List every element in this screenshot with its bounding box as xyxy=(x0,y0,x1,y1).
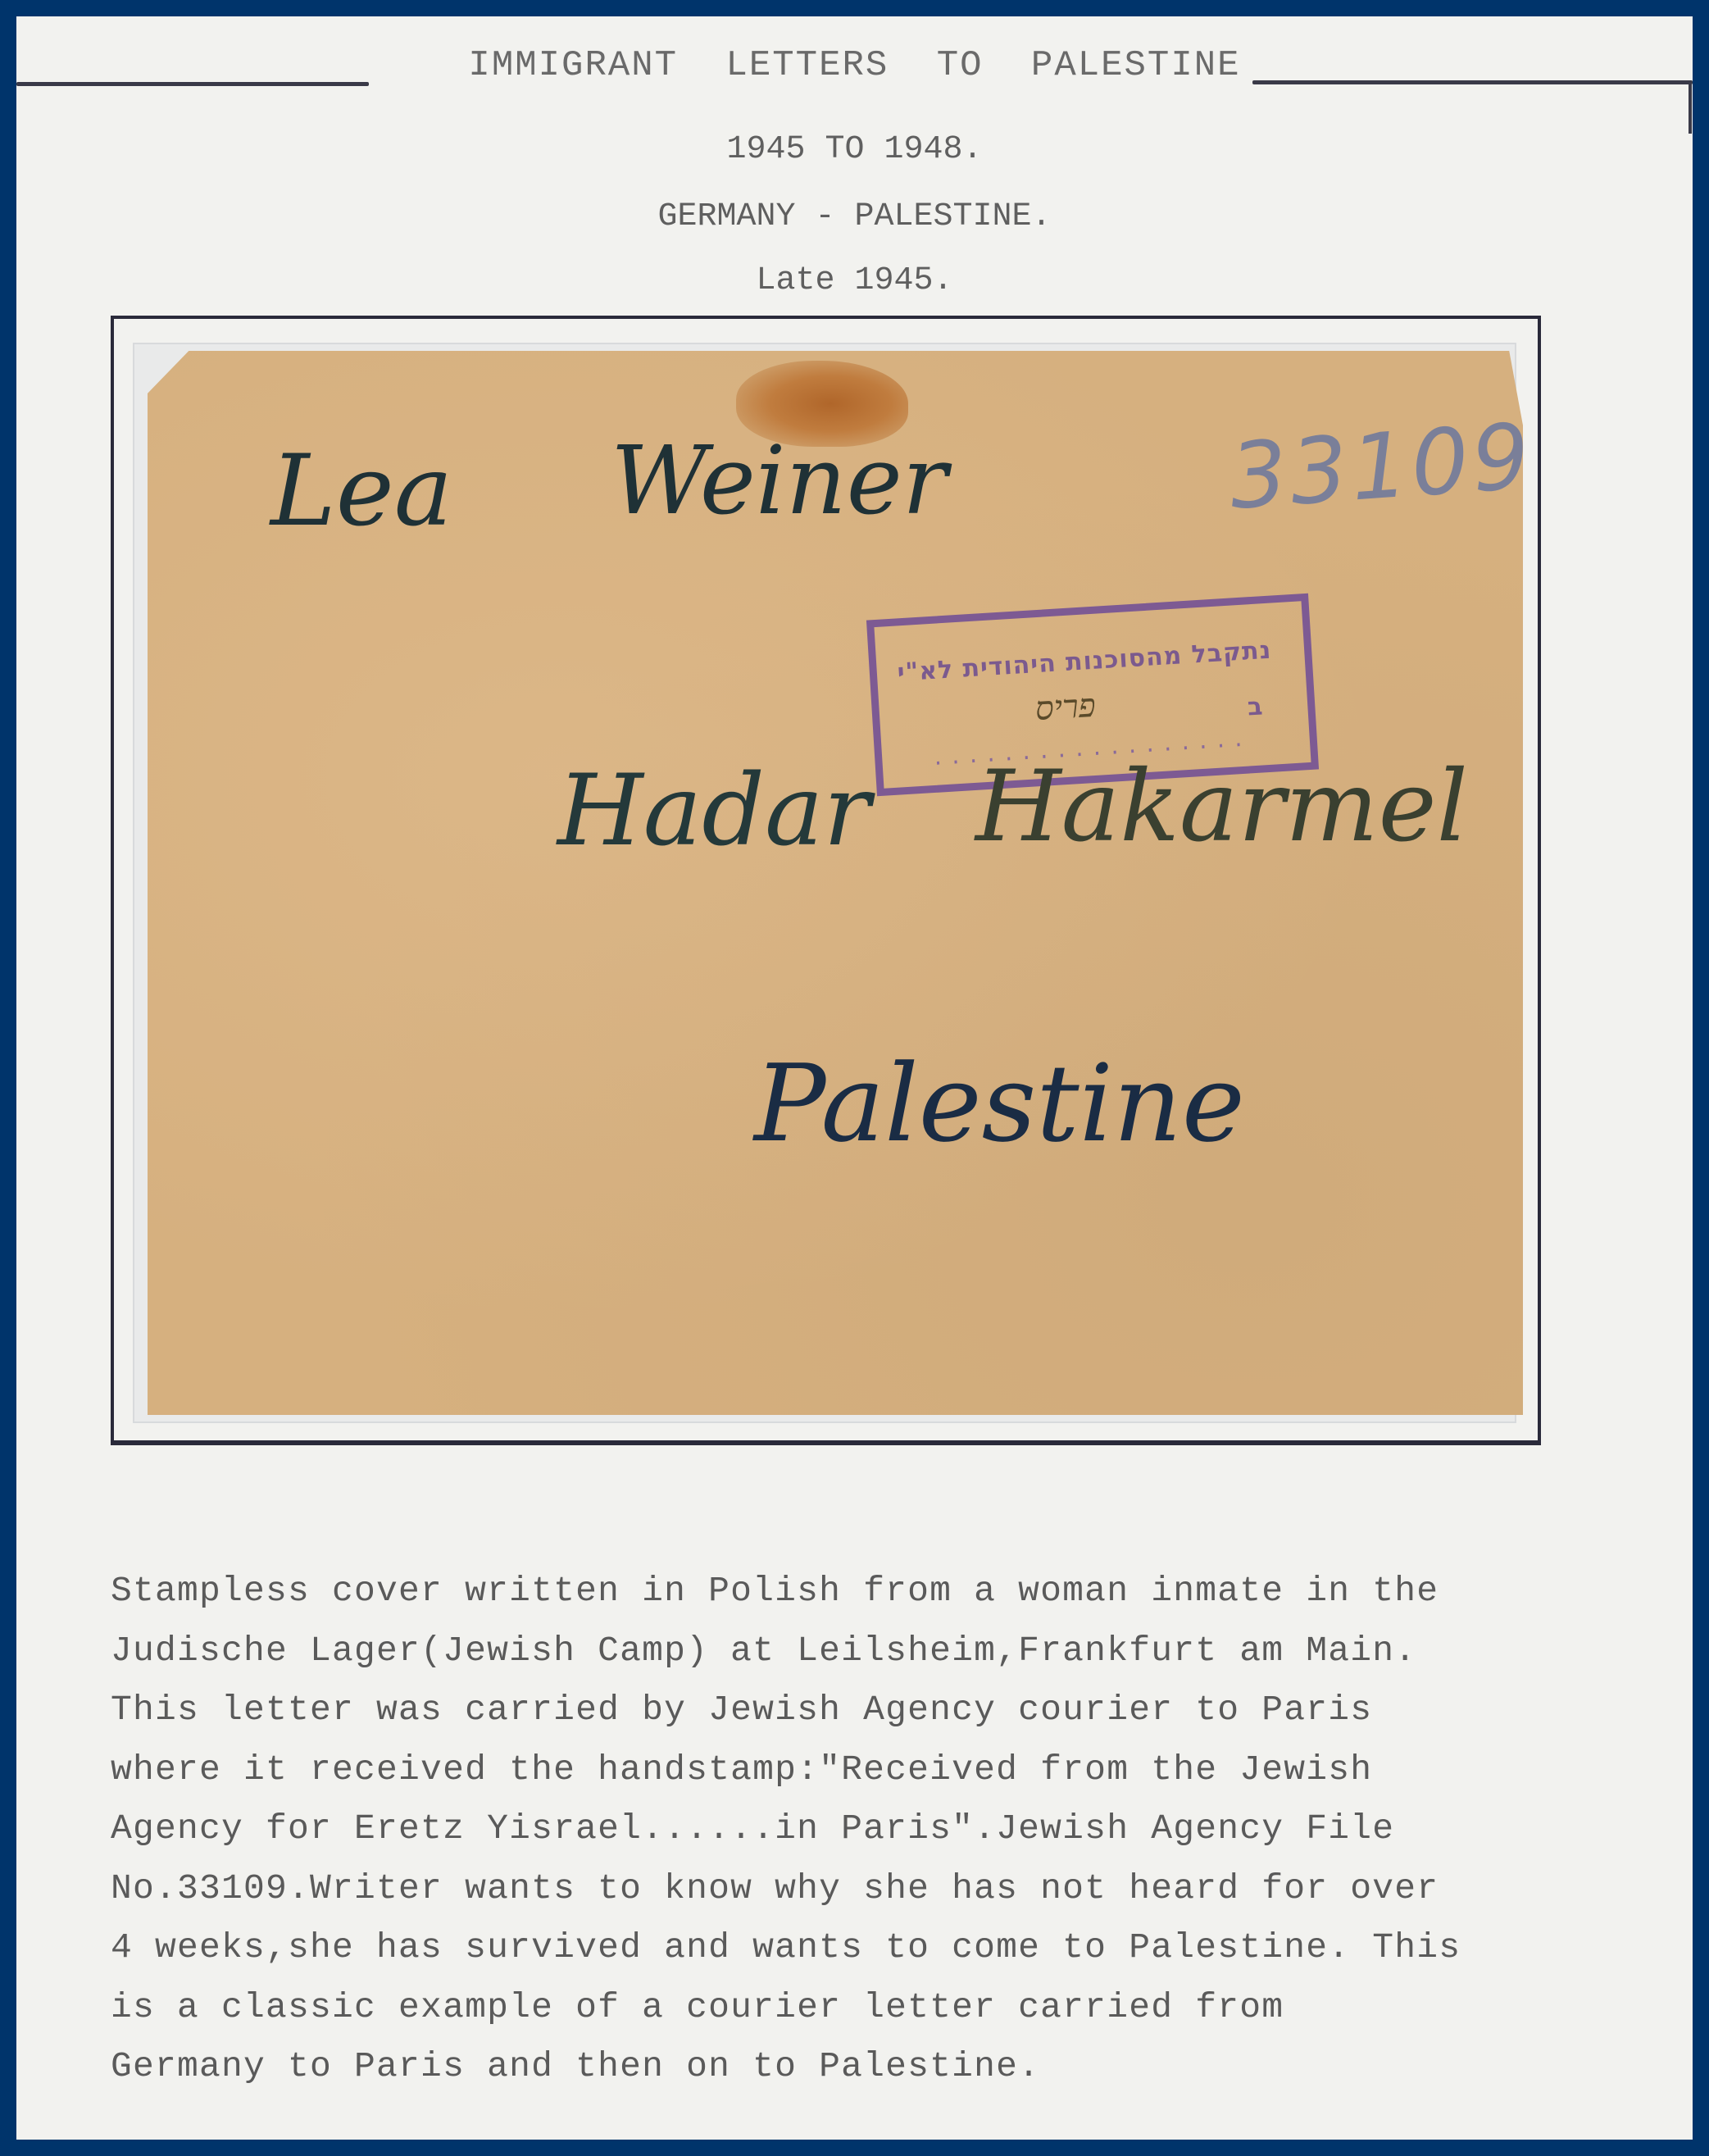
period-subtitle: 1945 TO 1948. xyxy=(16,131,1693,168)
addressee-line1-part2: Hakarmel xyxy=(975,750,1468,864)
description-line: where it received the handstamp:"Receive… xyxy=(111,1740,1652,1800)
handstamp-handwritten-city: פריס xyxy=(1034,686,1097,728)
description-line: 4 weeks,she has survived and wants to co… xyxy=(111,1918,1652,1978)
addressee-line1-part1: Hadar xyxy=(557,754,870,868)
sender-last-name: Weiner xyxy=(611,426,948,536)
description-line: Agency for Eretz Yisrael......in Paris".… xyxy=(111,1799,1652,1859)
description-line: Judische Lager(Jewish Camp) at Leilsheim… xyxy=(111,1622,1652,1681)
description-block: Stampless cover written in Polish from a… xyxy=(111,1562,1652,2097)
description-line: is a classic example of a courier letter… xyxy=(111,1978,1652,2038)
description-line: No.33109.Writer wants to know why she ha… xyxy=(111,1859,1652,1919)
page-title: IMMIGRANT LETTERS TO PALESTINE xyxy=(16,45,1693,86)
header-rule-right-tick xyxy=(1689,80,1692,134)
date-subtitle: Late 1945. xyxy=(16,262,1693,299)
description-line: Stampless cover written in Polish from a… xyxy=(111,1562,1652,1622)
handstamp-text-line1: נתקבל מהסוכנות היהודית לא"י xyxy=(897,636,1272,688)
route-subtitle: GERMANY - PALESTINE. xyxy=(16,198,1693,235)
description-line: This letter was carried by Jewish Agency… xyxy=(111,1681,1652,1740)
sender-first-name: Lea xyxy=(270,434,452,548)
file-number-pencil: 33109 xyxy=(1226,403,1536,529)
addressee-country: Palestine xyxy=(754,1041,1245,1166)
description-line: Germany to Paris and then on to Palestin… xyxy=(111,2037,1652,2097)
handstamp-text-line2-prefix: ב xyxy=(1247,692,1263,721)
